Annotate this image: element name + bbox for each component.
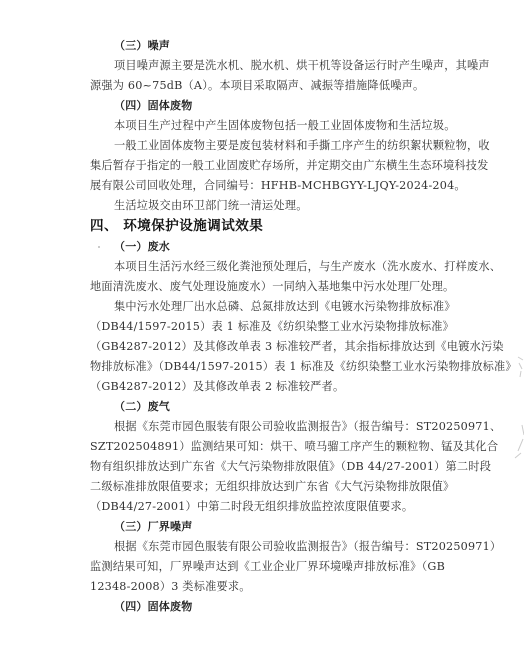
paragraph-line: 展有限公司回收处理，合同编号：HFHB-MCHBGYY-LJQY-2024-20… — [90, 178, 445, 194]
paragraph-line: 12348-2008）3 类标准要求。 — [90, 579, 445, 595]
paragraph-line: 二级标准排放限值要求；无组织排放达到广东省《大气污染物排放限值》 — [90, 479, 445, 495]
section-heading-exhaust-gas: （二）废气 — [114, 399, 469, 415]
paragraph-line: （GB4287-2012）及其修改单表 2 标准较严者。 — [90, 379, 445, 395]
paragraph-line: 集中污水处理厂出水总磷、总氮排放达到《电镀水污染物排放标准》 — [114, 299, 445, 315]
chapter-heading: 四、 环境保护设施调试效果 — [90, 218, 445, 234]
paragraph-line: 本项目生活污水经三级化粪池预处理后，与生产废水（洗水废水、打样废水、 — [114, 259, 445, 275]
paragraph-line: 生活垃圾交由环卫部门统一清运处理。 — [114, 198, 445, 214]
section-heading-wastewater: （一）废水 — [114, 239, 469, 255]
paragraph-line: 项目噪声源主要是洗水机、脱水机、烘干机等设备运行时产生噪声，其噪声 — [114, 58, 445, 74]
paragraph-line: 监测结果可知，厂界噪声达到《工业企业厂界环境噪声排放标准》（GB — [90, 559, 445, 575]
paragraph-line: 物排放标准》（DB44/1597-2015）表 1 标准及《纺织染整工业水污染物… — [90, 359, 445, 375]
paragraph-line: 根据《东莞市园色服装有限公司验收监测报告》（报告编号：ST20250971） — [114, 539, 445, 555]
paragraph-line: 一般工业固体废物主要是废包装材料和手撕工序产生的纺织絮状颗粒物，收 — [114, 138, 445, 154]
paragraph-line: 地面清洗废水、废气处理设施废水）一同纳入基地集中污水处理厂处理。 — [90, 279, 445, 295]
paragraph-line: （DB44/27-2001）中第二时段无组织排放监控浓度限值要求。 — [90, 499, 445, 515]
paragraph-line: （GB4287-2012）及其修改单表 3 标准较严者，其余指标排放达到《电镀水… — [90, 339, 445, 355]
paragraph-line: （DB44/1597-2015）表 1 标准及《纺织染整工业水污染物排放标准》 — [90, 319, 445, 335]
paragraph-line: 根据《东莞市园色服装有限公司验收监测报告》（报告编号：ST20250971、 — [114, 419, 445, 435]
scan-artifact-icon — [512, 355, 524, 475]
paragraph-line: SZT202504891）监测结果可知：烘干、喷马骝工序产生的颗粒物、锰及其化合 — [90, 439, 445, 455]
paragraph-line: 集后暂存于指定的一般工业固废贮存场所，并定期交由广东横生生态环境科技发 — [90, 158, 445, 174]
section-heading-noise: （三）噪声 — [114, 38, 469, 54]
scan-mark — [98, 246, 100, 248]
paragraph-line: 物有组织排放达到广东省《大气污染物排放限值》（DB 44/27-2001）第二时… — [90, 459, 445, 475]
section-heading-boundary-noise: （三）厂界噪声 — [114, 519, 469, 535]
section-heading-solid-waste-2: （四）固体废物 — [114, 599, 469, 615]
paragraph-line: 源强为 60~75dB（A）。本项目采取隔声、减振等措施降低噪声。 — [90, 78, 445, 94]
section-heading-solid-waste: （四）固体废物 — [114, 98, 469, 114]
document-page: （三）噪声 项目噪声源主要是洗水机、脱水机、烘干机等设备运行时产生噪声，其噪声 … — [0, 0, 530, 650]
paragraph-line: 本项目生产过程中产生固体废物包括一般工业固体废物和生活垃圾。 — [114, 118, 445, 134]
